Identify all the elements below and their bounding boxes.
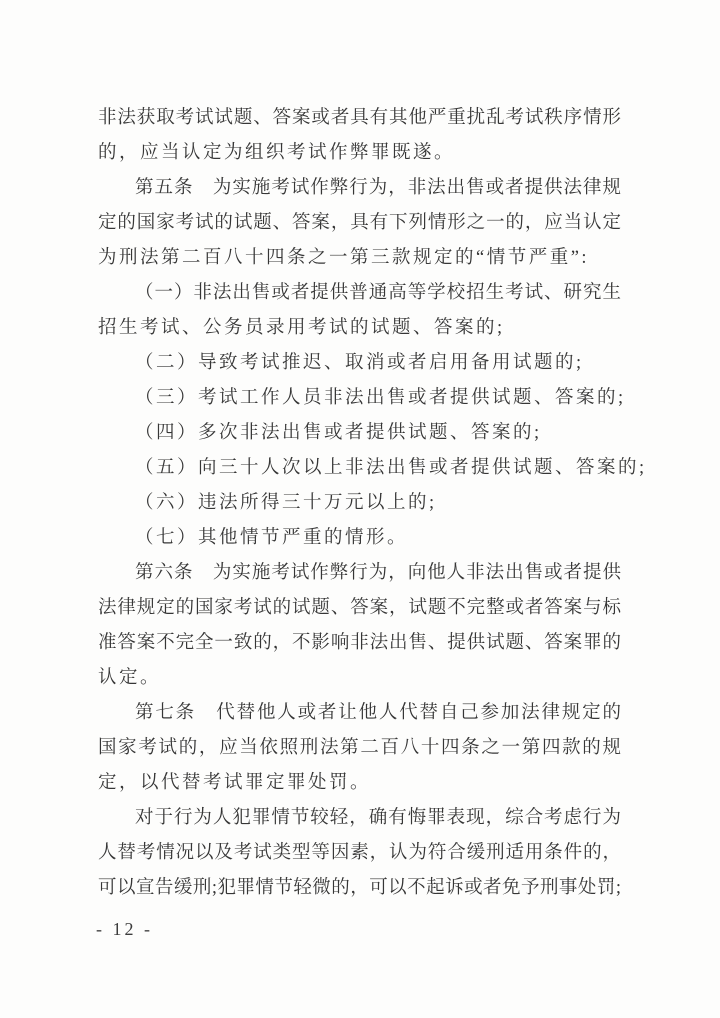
text-line-item-5: （五）向三十人次以上非法出售或者提供试题、答案的; — [98, 451, 621, 486]
text-line: 认定。 — [98, 661, 621, 696]
text-line: 的，应当认定为组织考试作弊罪既遂。 — [98, 136, 621, 171]
text-line-article-7: 第七条 代替他人或者让他人代替自己参加法律规定的 — [98, 696, 621, 731]
text-line: 非法获取考试试题、答案或者具有其他严重扰乱考试秩序情形 — [98, 101, 621, 136]
text-line: 国家考试的，应当依照刑法第二百八十四条之一第四款的规 — [98, 731, 621, 766]
page-number: - 12 - — [96, 919, 153, 940]
text-line: 法律规定的国家考试的试题、答案，试题不完整或者答案与标 — [98, 591, 621, 626]
text-line: 招生考试、公务员录用考试的试题、答案的; — [98, 311, 621, 346]
document-text-block: 非法获取考试试题、答案或者具有其他严重扰乱考试秩序情形 的，应当认定为组织考试作… — [98, 101, 621, 906]
text-line-article-6: 第六条 为实施考试作弊行为，向他人非法出售或者提供 — [98, 556, 621, 591]
text-line: 准答案不完全一致的，不影响非法出售、提供试题、答案罪的 — [98, 626, 621, 661]
text-line: 对于行为人犯罪情节较轻，确有悔罪表现，综合考虑行为 — [98, 801, 621, 836]
text-line: 人替考情况以及考试类型等因素，认为符合缓刑适用条件的， — [98, 836, 621, 871]
text-line-item-6: （六）违法所得三十万元以上的; — [98, 486, 621, 521]
text-line: 为刑法第二百八十四条之一第三款规定的“情节严重”: — [98, 241, 621, 276]
text-line: 可以宣告缓刑;犯罪情节轻微的，可以不起诉或者免予刑事处罚; — [98, 871, 621, 906]
text-line: 定，以代替考试罪定罪处罚。 — [98, 766, 621, 801]
text-line-article-5: 第五条 为实施考试作弊行为，非法出售或者提供法律规 — [98, 171, 621, 206]
text-line-item-1: （一）非法出售或者提供普通高等学校招生考试、研究生 — [98, 276, 621, 311]
text-line-item-7: （七）其他情节严重的情形。 — [98, 521, 621, 556]
text-line: 定的国家考试的试题、答案，具有下列情形之一的，应当认定 — [98, 206, 621, 241]
text-line-item-2: （二）导致考试推迟、取消或者启用备用试题的; — [98, 346, 621, 381]
text-line-item-3: （三）考试工作人员非法出售或者提供试题、答案的; — [98, 381, 621, 416]
text-line-item-4: （四）多次非法出售或者提供试题、答案的; — [98, 416, 621, 451]
scanned-document-page: 非法获取考试试题、答案或者具有其他严重扰乱考试秩序情形 的，应当认定为组织考试作… — [0, 0, 720, 1018]
